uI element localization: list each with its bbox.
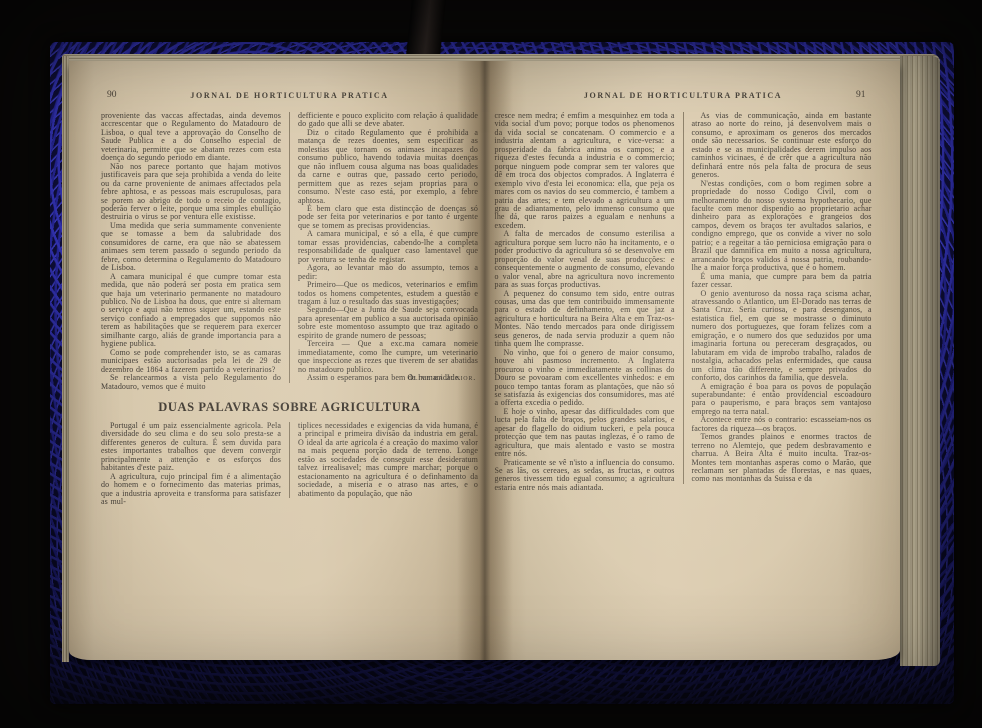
- book-page-right: JORNAL DE HORTICULTURA PRATICA 91 cresce…: [485, 61, 901, 660]
- paragraph: Como se pode comprehender isto, se as ca…: [101, 349, 281, 374]
- paragraph: Temos grandes plainos e enormes tractos …: [692, 433, 872, 484]
- paragraph: É bem claro que esta distincção de doenç…: [298, 205, 478, 230]
- paragraph: No vinho, que foi o genero de maior cons…: [495, 349, 675, 408]
- text-column-paragraphs: defficiente e pouco explicito com relaçã…: [298, 112, 478, 383]
- right-page-content: JORNAL DE HORTICULTURA PRATICA 91 cresce…: [495, 91, 872, 646]
- left-lower-columns: Portugal é um paiz essencialmente agrico…: [101, 422, 478, 507]
- right-page-header: JORNAL DE HORTICULTURA PRATICA 91: [495, 91, 872, 109]
- page-number-right: 91: [856, 90, 866, 100]
- text-column: tiplices necessidades e exigencias da vi…: [289, 422, 478, 498]
- page-edges-left: [62, 56, 69, 662]
- paragraph: Agora, ao levantar mão do assumpto, temo…: [298, 264, 478, 281]
- paragraph: As vias de communicação, ainda em bastan…: [692, 112, 872, 180]
- paragraph: proveniente das vaccas affectadas, ainda…: [101, 112, 281, 163]
- page-block: 90 JORNAL DE HORTICULTURA PRATICA proven…: [62, 54, 940, 670]
- paragraph: E hoje o vinho, apesar das difficuldades…: [495, 408, 675, 459]
- text-column: proveniente das vaccas affectadas, ainda…: [101, 112, 281, 391]
- paragraph: Uma medida que seria summamente convenie…: [101, 222, 281, 273]
- paragraph: Se relancearmos a vista pelo Regulamento…: [101, 374, 281, 391]
- book-page-left: 90 JORNAL DE HORTICULTURA PRATICA proven…: [69, 61, 485, 660]
- paragraph: O genio aventuroso da nossa raça scisma …: [692, 290, 872, 383]
- paragraph: Portugal é um paiz essencialmente agrico…: [101, 422, 281, 473]
- photo-background: 90 JORNAL DE HORTICULTURA PRATICA proven…: [0, 0, 982, 728]
- paragraph: Não nos parece portanto que hajam motivo…: [101, 163, 281, 222]
- page-edges-fore: [900, 56, 940, 666]
- open-pages: 90 JORNAL DE HORTICULTURA PRATICA proven…: [69, 61, 900, 660]
- paragraph: defficiente e pouco explicito com relaçã…: [298, 112, 478, 129]
- paragraph: Praticamente se vê n'isto a influencia d…: [495, 459, 675, 493]
- paragraph: Primeiro—Que os medicos, veterinarios e …: [298, 281, 478, 306]
- paragraph: Acontece entre nós o contrario: escassei…: [692, 416, 872, 433]
- right-columns: cresce nem medra; é emfim a mesquinhez e…: [495, 112, 872, 492]
- paragraph: cresce nem medra; é emfim a mesquinhez e…: [495, 112, 675, 230]
- paragraph: Diz o citado Regulamento que é prohibida…: [298, 129, 478, 205]
- section-heading: DUAS PALAVRAS SOBRE AGRICULTURA: [101, 400, 478, 415]
- paragraph: A camara municipal é que cumpre tomar es…: [101, 273, 281, 349]
- text-column: As vias de communicação, ainda em bastan…: [683, 112, 872, 484]
- paragraph: A falta de mercados de consumo esterilis…: [495, 230, 675, 289]
- paragraph: Terceira — Que a exc.ma camara nomeie im…: [298, 340, 478, 374]
- paragraph: É uma mania, que cumpre para bem da patr…: [692, 273, 872, 290]
- paragraph: A emigração é boa para os povos de popul…: [692, 383, 872, 417]
- text-column: cresce nem medra; é emfim a mesquinhez e…: [495, 112, 675, 492]
- paragraph: tiplices necessidades e exigencias da vi…: [298, 422, 478, 498]
- paragraph: A camara municipal, e só a ella, é que c…: [298, 230, 478, 264]
- left-upper-columns: proveniente das vaccas affectadas, ainda…: [101, 112, 478, 391]
- left-page-header: 90 JORNAL DE HORTICULTURA PRATICA: [101, 91, 478, 109]
- text-column: Portugal é um paiz essencialmente agrico…: [101, 422, 281, 507]
- paragraph: A agricultura, cujo principal fim é a al…: [101, 473, 281, 507]
- paragraph: Segundo—Que a Junta de Saude seja convoc…: [298, 306, 478, 340]
- left-page-content: 90 JORNAL DE HORTICULTURA PRATICA proven…: [101, 91, 478, 646]
- paragraph: A pequenez do consumo tem sido, entre ou…: [495, 290, 675, 349]
- running-title-left: JORNAL DE HORTICULTURA PRATICA: [101, 91, 478, 100]
- paragraph: N'estas condições, com o bom regimen sob…: [692, 180, 872, 273]
- text-column: defficiente e pouco explicito com relaçã…: [289, 112, 478, 383]
- running-title-right: JORNAL DE HORTICULTURA PRATICA: [495, 91, 872, 100]
